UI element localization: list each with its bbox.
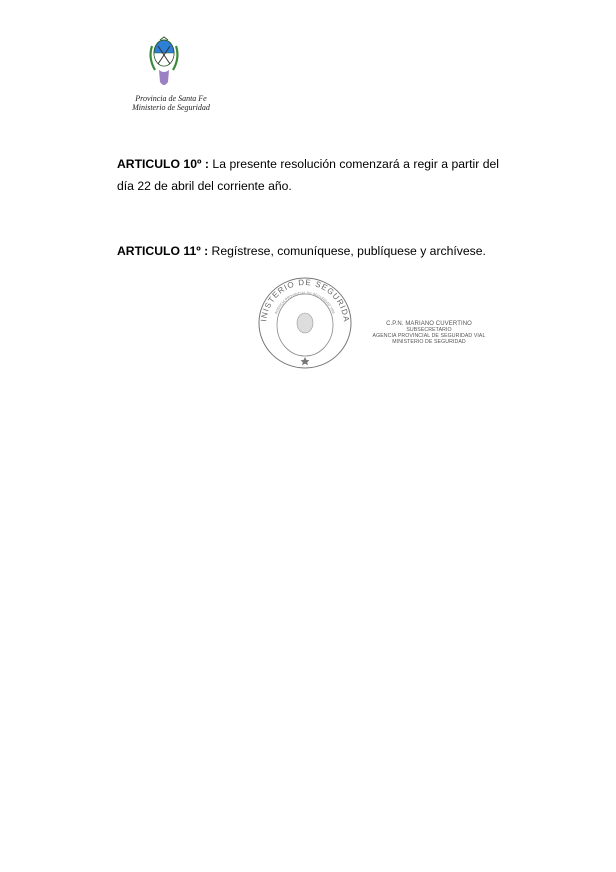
coat-of-arms-icon — [146, 36, 182, 91]
article-11-label: ARTICULO 11º : — [117, 244, 208, 258]
article-10-label: ARTICULO 10º : — [117, 157, 209, 171]
org-ministry: Ministerio de Seguridad — [126, 103, 216, 112]
svg-text:AGENCIA PROVINCIAL DE SEGURIDA: AGENCIA PROVINCIAL DE SEGURIDAD VIAL — [274, 291, 336, 315]
organization-name: Provincia de Santa Fe Ministerio de Segu… — [126, 94, 216, 112]
article-10: ARTICULO 10º : La presente resolución co… — [117, 153, 499, 197]
signatory-ministry: MINISTERIO DE SEGURIDAD — [366, 339, 492, 345]
signature-block: C.P.N. MARIANO CUVERTINO SUBSECRETARIO A… — [366, 321, 492, 345]
article-11: ARTICULO 11º : Regístrese, comuníquese, … — [117, 240, 499, 262]
org-province: Provincia de Santa Fe — [126, 94, 216, 103]
article-11-text: Regístrese, comuníquese, publíquese y ar… — [208, 244, 486, 258]
official-seal-icon: MINISTERIO DE SEGURIDAD AGENCIA PROVINCI… — [256, 275, 354, 370]
